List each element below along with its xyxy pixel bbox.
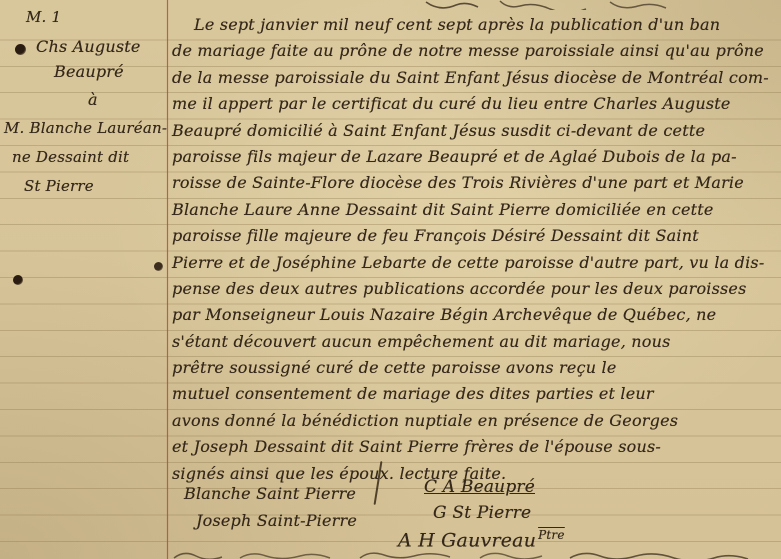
act-line: me il appert par le certificat du curé d… <box>172 91 776 117</box>
act-line: paroisse fille majeure de feu François D… <box>172 223 776 249</box>
act-line: de la messe paroissiale du Saint Enfant … <box>172 65 776 91</box>
margin-bride-name-3: St Pierre <box>24 177 94 195</box>
margin-groom-surname: Beaupré <box>54 62 124 81</box>
act-line: et Joseph Dessaint dit Saint Pierre frèr… <box>172 434 776 460</box>
register-page-scan: M. 1 Chs Auguste Beaupré à M. Blanche La… <box>0 0 781 559</box>
act-line: Le sept janvier mil neuf cent sept après… <box>172 12 776 38</box>
act-line: avons donné la bénédiction nuptiale en p… <box>172 408 776 434</box>
margin-bride-name-1: M. Blanche Lauréan- <box>4 119 167 137</box>
signature-priest-name: A H Gauvreau <box>398 529 536 551</box>
act-line: Blanche Laure Anne Dessaint dit Saint Pi… <box>172 197 776 223</box>
act-line: paroisse fils majeur de Lazare Beaupré e… <box>172 144 776 170</box>
act-line: mutuel consentement de mariage des dites… <box>172 381 776 407</box>
act-line: prêtre soussigné curé de cette paroisse … <box>172 355 776 381</box>
ink-blot <box>13 275 23 285</box>
ink-blot <box>15 44 26 55</box>
signature-groom: C A Beaupré <box>424 477 535 497</box>
act-line: de mariage faite au prône de notre messe… <box>172 38 776 64</box>
act-line: Beaupré domicilié à Saint Enfant Jésus s… <box>172 118 776 144</box>
cut-off-pen-strokes-top <box>420 0 680 10</box>
red-margin-line <box>167 0 168 559</box>
signature-witness-joseph: Joseph Saint-Pierre <box>196 511 357 530</box>
signature-priest-title: Ptre <box>538 528 565 542</box>
margin-bride-name-2: ne Dessaint dit <box>12 148 129 166</box>
act-line: par Monseigneur Louis Nazaire Bégin Arch… <box>172 302 776 328</box>
margin-groom-name: Chs Auguste <box>36 37 141 56</box>
margin-record-number: M. 1 <box>26 8 61 26</box>
act-line: pense des deux autres publications accor… <box>172 276 776 302</box>
signature-witness-georges: G St Pierre <box>433 503 531 523</box>
act-line: roisse de Sainte-Flore diocèse des Trois… <box>172 170 776 196</box>
act-text: Le sept janvier mil neuf cent sept après… <box>172 12 776 487</box>
cut-off-pen-strokes-bottom <box>170 551 770 559</box>
act-line: Pierre et de Joséphine Lebarte de cette … <box>172 250 776 276</box>
margin-conjunction: à <box>88 90 98 109</box>
signature-priest: A H GauvreauPtre <box>398 528 565 551</box>
act-line: s'étant découvert aucun empêchement au d… <box>172 329 776 355</box>
ink-blot <box>154 262 163 271</box>
signature-bride: Blanche Saint Pierre <box>184 484 356 503</box>
